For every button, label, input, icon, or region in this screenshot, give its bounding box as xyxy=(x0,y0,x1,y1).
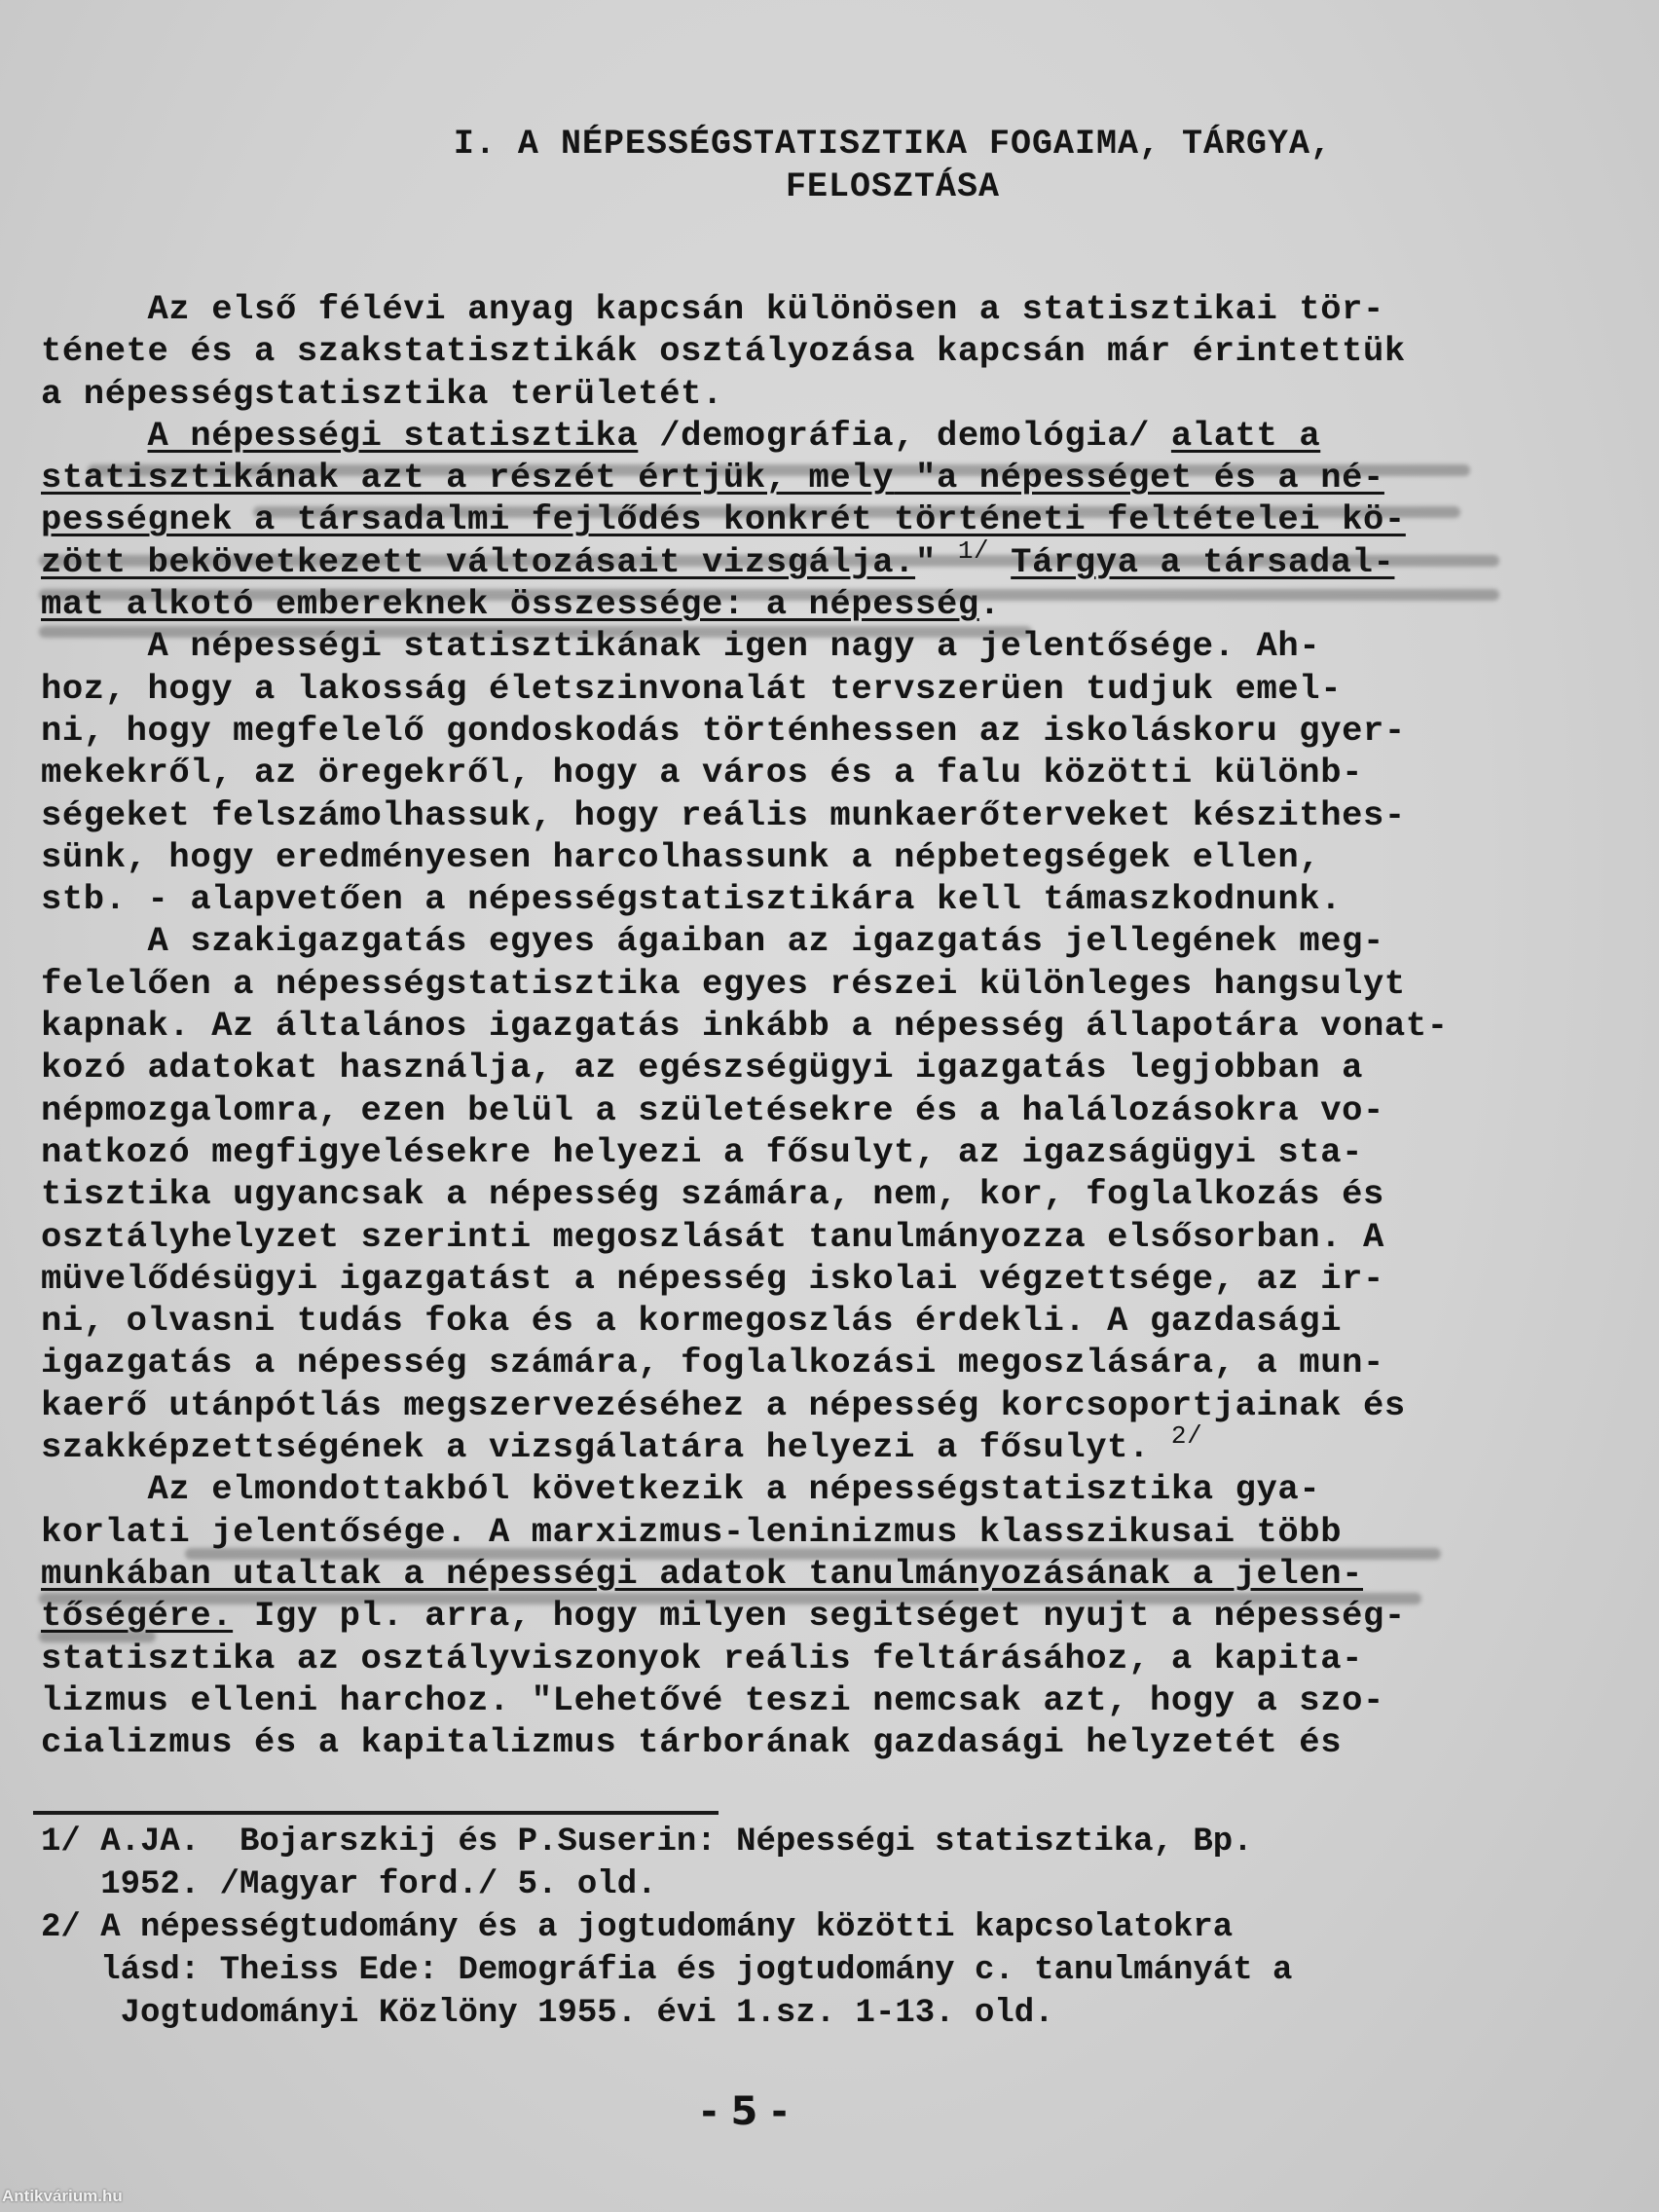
text-line: A népességi statisztika /demográfia, dem… xyxy=(41,415,1560,457)
text-line: ténete és a szakstatisztikák osztályozás… xyxy=(41,330,1560,372)
text-line: statisztika az osztályviszonyok reális f… xyxy=(41,1638,1560,1679)
document-page: I. A NÉPESSÉGSTATISZTIKA FOGAIMA, TÁRGYA… xyxy=(0,0,1659,2212)
chapter-title-line-2: FELOSZTÁSA xyxy=(0,166,1659,208)
underlined-text: alatt a xyxy=(1171,416,1320,456)
text-segment: müvelődésügyi igazgatást a népesség isko… xyxy=(41,1259,1384,1299)
underlined-text: A népességi statisztika xyxy=(148,416,639,456)
footnote-reference: 2/ xyxy=(1171,1421,1202,1451)
text-line: kaerő utánpótlás megszervezéséhez a népe… xyxy=(41,1384,1560,1426)
text-line: osztályhelyzet szerinti megoszlását tanu… xyxy=(41,1216,1560,1258)
text-segment: lizmus elleni harchoz. "Lehetővé teszi n… xyxy=(41,1680,1384,1720)
chapter-title-line-1: I. A NÉPESSÉGSTATISZTIKA FOGAIMA, TÁRGYA… xyxy=(0,123,1659,166)
text-line: ni, hogy megfelelő gondoskodás történhes… xyxy=(41,710,1560,752)
text-line: munkában utaltak a népességi adatok tanu… xyxy=(41,1553,1560,1595)
text-line: kapnak. Az általános igazgatás inkább a … xyxy=(41,1005,1560,1047)
text-segment: kaerő utánpótlás megszervezéséhez a népe… xyxy=(41,1385,1406,1425)
text-segment: A népességi statisztikának igen nagy a j… xyxy=(148,626,1321,666)
text-line: ni, olvasni tudás foka és a kormegoszlás… xyxy=(41,1300,1560,1342)
text-line: cializmus és a kapitalizmus tárborának g… xyxy=(41,1721,1560,1763)
text-line: Az első félévi anyag kapcsán különösen a… xyxy=(41,288,1560,330)
underlined-text: pességnek a társadalmi fejlődés konkrét … xyxy=(41,499,1406,539)
text-line: zött bekövetkezett változásait vizsgálja… xyxy=(41,541,1560,583)
text-segment: kapnak. Az általános igazgatás inkább a … xyxy=(41,1006,1449,1046)
text-line: mat alkotó embereknek összessége: a népe… xyxy=(41,583,1560,625)
text-segment: népmozgalomra, ezen belül a születésekre… xyxy=(41,1090,1384,1130)
footnote-reference: 1/ xyxy=(958,536,989,566)
underlined-text: statisztikának azt a részét értjük, mely xyxy=(41,458,894,498)
text-segment: felelően a népességstatisztika egyes rés… xyxy=(41,964,1406,1004)
text-line: lizmus elleni harchoz. "Lehetővé teszi n… xyxy=(41,1679,1560,1721)
text-line: igazgatás a népesség számára, foglalkozá… xyxy=(41,1342,1560,1383)
text-line: a népességstatisztika területét. xyxy=(41,373,1560,415)
text-segment: " xyxy=(915,542,958,582)
text-segment: stb. - alapvetően a népességstatisztikár… xyxy=(41,879,1342,919)
text-segment: sünk, hogy eredményesen harcolhassunk a … xyxy=(41,837,1320,877)
underlined-text: munkában utaltak a népességi adatok tanu… xyxy=(41,1554,1363,1594)
text-line: natkozó megfigyelésekre helyezi a fősuly… xyxy=(41,1131,1560,1173)
text-line: stb. - alapvetően a népességstatisztikár… xyxy=(41,878,1560,920)
text-line: hoz, hogy a lakosság életszinvonalát ter… xyxy=(41,668,1560,710)
footnote-divider xyxy=(33,1811,719,1815)
text-segment: igazgatás a népesség számára, foglalkozá… xyxy=(41,1343,1384,1382)
text-segment: osztályhelyzet szerinti megoszlását tanu… xyxy=(41,1217,1384,1257)
text-line: kozó adatokat használja, az egészségügyi… xyxy=(41,1047,1560,1088)
text-segment: mekekről, az öregekről, hogy a város és … xyxy=(41,753,1363,793)
text-line: tőségére. Igy pl. arra, hogy milyen segi… xyxy=(41,1595,1560,1637)
text-line: sünk, hogy eredményesen harcolhassunk a … xyxy=(41,836,1560,878)
underlined-text: zött bekövetkezett változásait vizsgálja… xyxy=(41,542,915,582)
text-line: statisztikának azt a részét értjük, mely… xyxy=(41,457,1560,498)
text-segment: natkozó megfigyelésekre helyezi a fősuly… xyxy=(41,1132,1363,1172)
text-segment: szakképzettségének a vizsgálatára helyez… xyxy=(41,1427,1171,1467)
text-segment: a népességstatisztika területét. xyxy=(41,374,723,414)
text-segment: hoz, hogy a lakosság életszinvonalát ter… xyxy=(41,669,1342,709)
footnote-line: lásd: Theiss Ede: Demográfia és jogtudom… xyxy=(41,1949,1560,1992)
footnote-line: Jogtudományi Közlöny 1955. évi 1.sz. 1-1… xyxy=(41,1992,1560,2035)
underlined-text: mat alkotó embereknek összessége: a népe… xyxy=(41,584,979,624)
text-segment: statisztika az osztályviszonyok reális f… xyxy=(41,1639,1363,1678)
underlined-text: Tárgya a társadal- xyxy=(1011,542,1394,582)
text-segment: Az elmondottakból következik a népességs… xyxy=(148,1469,1321,1509)
text-segment: korlati jelentősége. A marxizmus-leniniz… xyxy=(41,1512,1342,1552)
text-line: népmozgalomra, ezen belül a születésekre… xyxy=(41,1089,1560,1131)
text-segment: cializmus és a kapitalizmus tárborának g… xyxy=(41,1722,1342,1762)
footnote-line: 2/ A népességtudomány és a jogtudomány k… xyxy=(41,1906,1560,1949)
text-line: müvelődésügyi igazgatást a népesség isko… xyxy=(41,1258,1560,1300)
underlined-text: tőségére. xyxy=(41,1596,233,1636)
text-line: ségeket felszámolhassuk, hogy reális mun… xyxy=(41,794,1560,836)
text-segment: ni, hogy megfelelő gondoskodás történhes… xyxy=(41,711,1406,751)
text-segment: ténete és a szakstatisztikák osztályozás… xyxy=(41,331,1406,371)
text-segment: ségeket felszámolhassuk, hogy reális mun… xyxy=(41,795,1406,835)
text-line: korlati jelentősége. A marxizmus-leniniz… xyxy=(41,1511,1560,1553)
text-line: A szakigazgatás egyes ágaiban az igazgat… xyxy=(41,920,1560,962)
text-segment: /demográfia, demológia/ xyxy=(638,416,1171,456)
footnote-line: 1/ A.JA. Bojarszkij és P.Suserin: Népess… xyxy=(41,1821,1560,1863)
text-line: Az elmondottakból következik a népességs… xyxy=(41,1468,1560,1510)
text-line: tisztika ugyancsak a népesség számára, n… xyxy=(41,1173,1560,1215)
text-segment: A szakigazgatás egyes ágaiban az igazgat… xyxy=(148,921,1384,961)
page-number: - 5 - xyxy=(701,2089,788,2134)
text-line: mekekről, az öregekről, hogy a város és … xyxy=(41,752,1560,793)
text-line: szakképzettségének a vizsgálatára helyez… xyxy=(41,1426,1560,1468)
text-segment: Igy pl. arra, hogy milyen segitséget nyu… xyxy=(233,1596,1406,1636)
text-line: felelően a népességstatisztika egyes rés… xyxy=(41,963,1560,1005)
text-segment: ni, olvasni tudás foka és a kormegoszlás… xyxy=(41,1301,1342,1341)
text-line: A népességi statisztikának igen nagy a j… xyxy=(41,625,1560,667)
underlined-text: "a népességet és a né- xyxy=(894,458,1384,498)
text-segment: tisztika ugyancsak a népesség számára, n… xyxy=(41,1174,1384,1214)
footnotes: 1/ A.JA. Bojarszkij és P.Suserin: Népess… xyxy=(41,1821,1560,2035)
text-segment: . xyxy=(979,584,1001,624)
footnote-line: 1952. /Magyar ford./ 5. old. xyxy=(41,1863,1560,1906)
text-segment: kozó adatokat használja, az egészségügyi… xyxy=(41,1048,1363,1088)
text-segment xyxy=(989,542,1011,582)
text-segment: Az első félévi anyag kapcsán különösen a… xyxy=(148,289,1384,329)
text-line: pességnek a társadalmi fejlődés konkrét … xyxy=(41,498,1560,540)
watermark-logo: Antikvárium.hu xyxy=(2,2187,123,2206)
body-text: Az első félévi anyag kapcsán különösen a… xyxy=(41,288,1560,1763)
